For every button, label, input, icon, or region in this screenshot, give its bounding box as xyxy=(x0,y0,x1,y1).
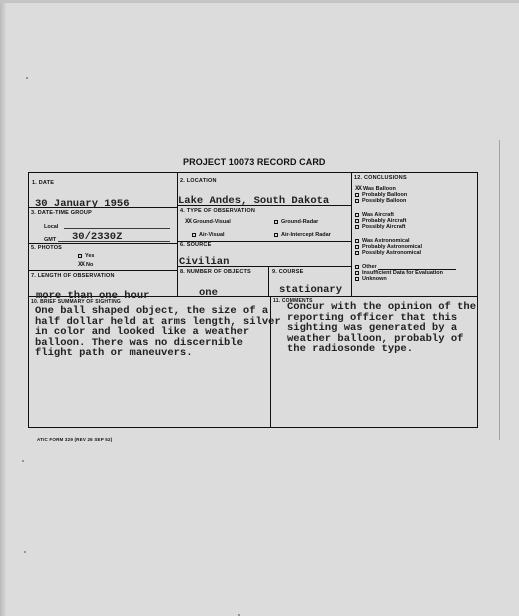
divider-col1-col2 xyxy=(177,172,178,296)
checkbox-checked-icon: XX xyxy=(185,219,191,225)
conclusion-label: Possibly Astronomical xyxy=(362,250,421,256)
ground-radar-label: Ground-Radar xyxy=(281,219,318,225)
background-rule-line xyxy=(499,140,500,440)
conclusion-label: Possibly Aircraft xyxy=(362,224,406,230)
form-identifier: ATIC FORM 329 (REV 26 SEP 52) xyxy=(37,437,112,442)
checkbox-empty-icon xyxy=(274,220,278,224)
comments-line: the radiosonde type. xyxy=(287,344,476,355)
scan-speck xyxy=(24,551,26,553)
summary-line: flight path or maneuvers. xyxy=(35,348,281,359)
scan-edge-shadow xyxy=(0,0,6,616)
checkbox-empty-icon xyxy=(355,193,359,197)
air-visual-label: Air-Visual xyxy=(199,232,225,238)
comments-line: Concur with the opinion of the xyxy=(287,302,476,313)
divider-col2-conclusions xyxy=(351,172,352,296)
course-label: 9. COURSE xyxy=(272,269,303,275)
air-intercept-radar-option[interactable]: Air-Intercept Radar xyxy=(274,232,331,238)
photos-no-label: No xyxy=(86,262,93,268)
checkbox-empty-icon xyxy=(192,233,196,237)
scan-top-edge xyxy=(0,0,519,3)
date-label: 1. DATE xyxy=(32,180,54,186)
checkbox-empty-icon xyxy=(78,254,82,258)
course-value: stationary xyxy=(279,284,342,296)
local-time-field-line xyxy=(64,228,170,229)
ground-radar-option[interactable]: Ground-Radar xyxy=(274,219,318,225)
scan-speck xyxy=(26,77,28,79)
location-label: 2. LOCATION xyxy=(180,178,217,184)
conclusion-label: Possibly Balloon xyxy=(362,198,406,204)
checkbox-empty-icon xyxy=(355,265,359,269)
type-of-observation-label: 4. TYPE OF OBSERVATION xyxy=(180,208,255,214)
date-time-group-label: 3. DATE-TIME GROUP xyxy=(31,210,92,216)
checkbox-empty-icon xyxy=(355,225,359,229)
divider-photos xyxy=(28,270,177,271)
checkbox-empty-icon xyxy=(274,233,278,237)
conclusion-possibly-astronomical[interactable]: Possibly Astronomical xyxy=(355,250,421,256)
length-of-observation-label: 7. LENGTH OF OBSERVATION xyxy=(31,273,115,279)
card-title: PROJECT 10073 RECORD CARD xyxy=(183,157,326,167)
photos-label: 5. PHOTOS xyxy=(31,245,62,251)
checkbox-empty-icon xyxy=(355,199,359,203)
air-visual-option[interactable]: Air-Visual xyxy=(192,232,225,238)
conclusions-label: 12. CONCLUSIONS xyxy=(354,175,407,181)
gmt-field-line xyxy=(58,241,170,242)
checkbox-empty-icon xyxy=(355,251,359,255)
checkbox-empty-icon xyxy=(355,239,359,243)
ground-visual-option[interactable]: XXGround-Visual xyxy=(185,219,231,225)
divider-objects-course xyxy=(268,266,269,296)
checkbox-empty-icon xyxy=(355,271,359,275)
conclusion-label: Unknown xyxy=(362,276,387,282)
checkbox-empty-icon xyxy=(355,277,359,281)
comments-text: Concur with the opinion of the reporting… xyxy=(287,302,476,355)
photos-no-option[interactable]: XXNo xyxy=(78,262,93,268)
checkbox-checked-icon: XX xyxy=(78,262,84,268)
photos-yes-option[interactable]: Yes xyxy=(78,253,94,259)
summary-line: One ball shaped object, the size of a xyxy=(35,306,281,317)
divider-dtg xyxy=(28,243,177,244)
checkbox-empty-icon xyxy=(355,219,359,223)
checkbox-empty-icon xyxy=(355,245,359,249)
scan-speck xyxy=(22,460,24,462)
gmt-label: GMT xyxy=(44,237,56,243)
location-value: Lake Andes, South Dakota xyxy=(178,195,329,207)
source-value: Civilian xyxy=(179,256,229,268)
number-of-objects-value: one xyxy=(199,287,218,299)
air-intercept-radar-label: Air-Intercept Radar xyxy=(281,232,331,238)
local-time-label: Local xyxy=(44,224,58,230)
checkbox-empty-icon xyxy=(355,213,359,217)
conclusion-possibly-aircraft[interactable]: Possibly Aircraft xyxy=(355,224,406,230)
brief-summary-text: One ball shaped object, the size of a ha… xyxy=(35,306,281,359)
photos-yes-label: Yes xyxy=(85,253,94,259)
number-of-objects-label: 8. NUMBER OF OBJECTS xyxy=(180,269,251,275)
summary-line: in color and looked like a weather xyxy=(35,327,281,338)
date-value: 30 January 1956 xyxy=(35,198,130,210)
ground-visual-label: Ground-Visual xyxy=(193,219,231,225)
conclusion-unknown[interactable]: Unknown xyxy=(355,276,387,282)
comments-line: sighting was generated by a xyxy=(287,323,476,334)
conclusion-possibly-balloon[interactable]: Possibly Balloon xyxy=(355,198,406,204)
source-label: 6. SOURCE xyxy=(180,242,211,248)
